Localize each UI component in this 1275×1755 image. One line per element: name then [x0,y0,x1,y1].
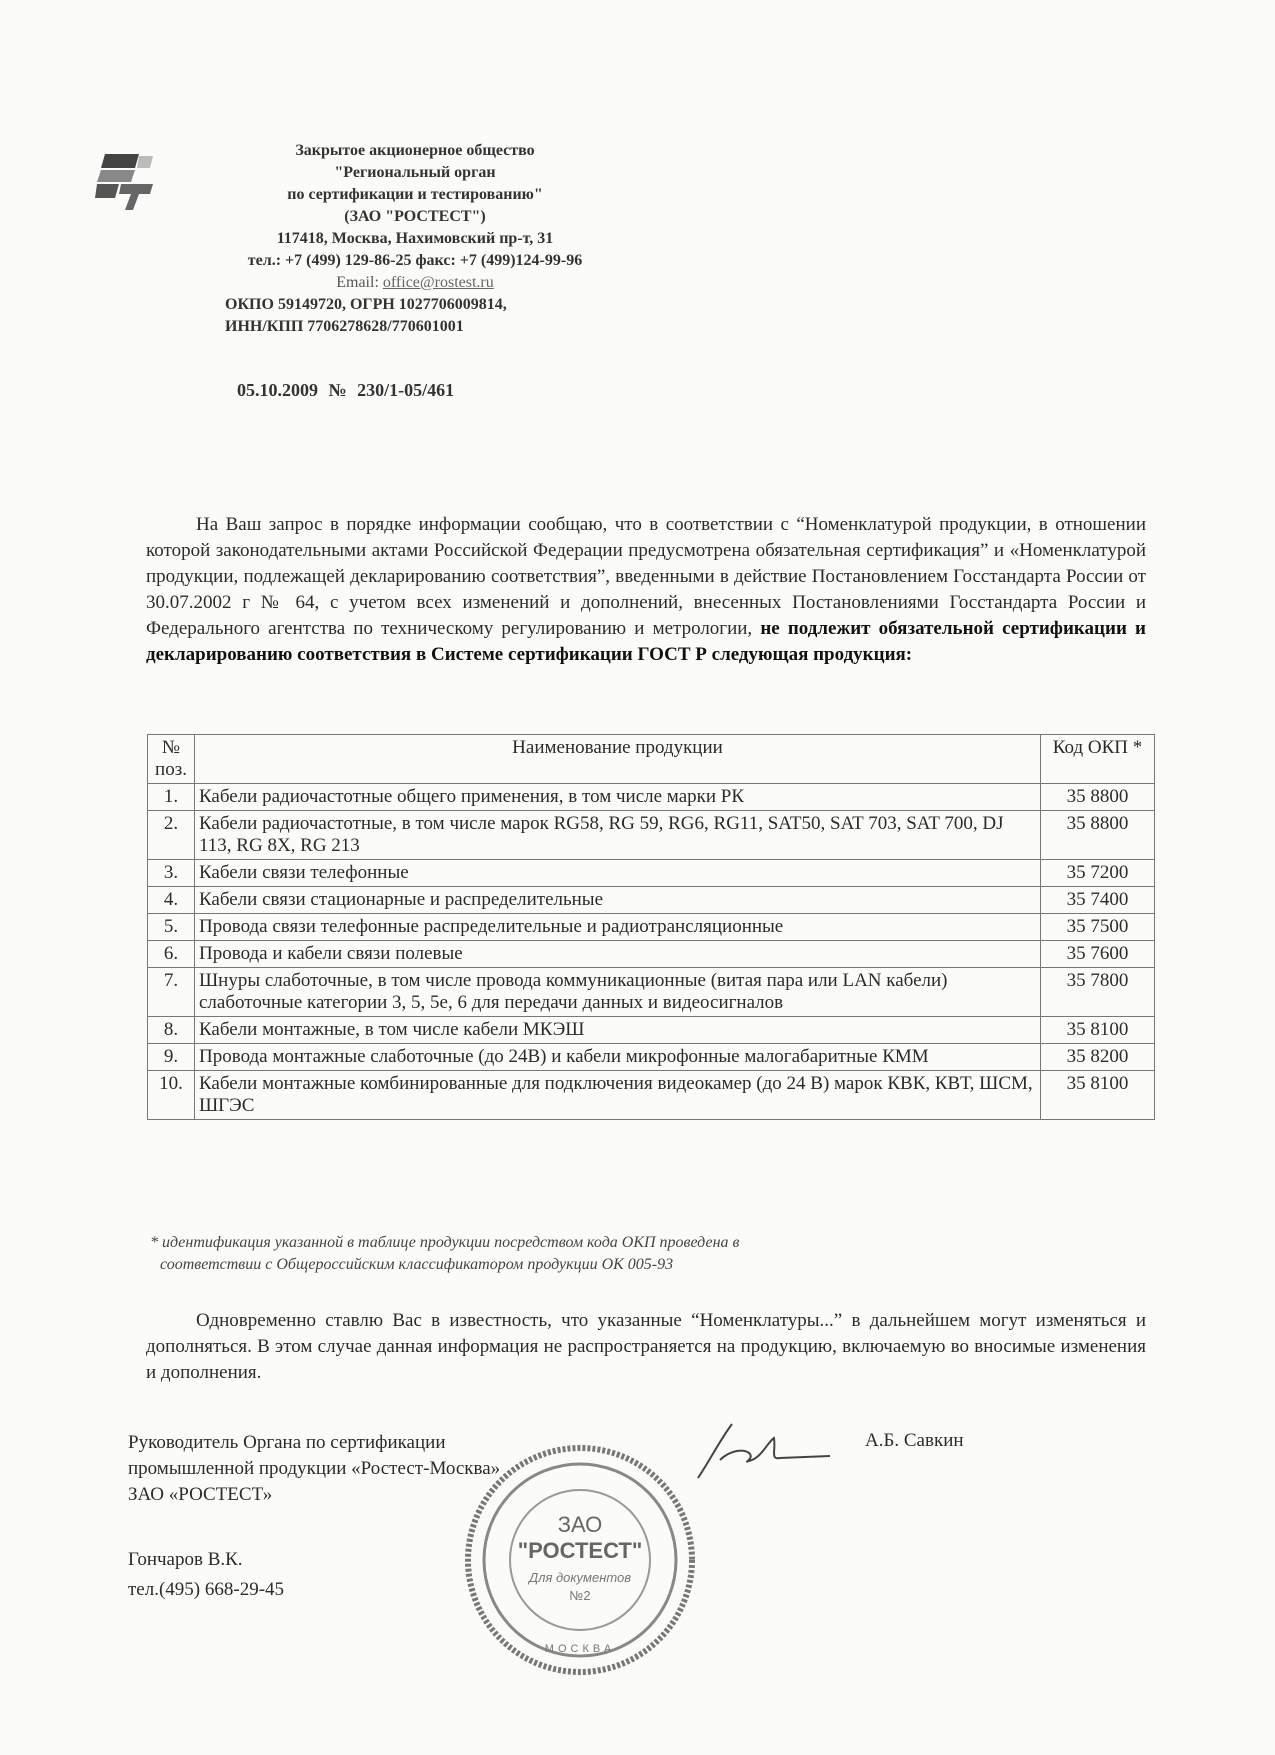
row-num: 7. [148,968,195,1017]
row-code: 35 8200 [1041,1044,1155,1071]
handwritten-signature-icon [690,1420,840,1480]
row-num: 6. [148,941,195,968]
row-num: 8. [148,1017,195,1044]
row-code: 35 8800 [1041,784,1155,811]
row-code: 35 7200 [1041,860,1155,887]
table-row: 7.Шнуры слаботочные, в том числе провода… [148,968,1155,1017]
org-line: (ЗАО "РОСТЕСТ") [180,206,650,228]
signer-name: А.Б. Савкин [865,1430,964,1452]
row-name: Шнуры слаботочные, в том числе провода к… [195,968,1041,1017]
products-table: № поз. Наименование продукции Код ОКП * … [147,734,1155,1120]
org-email-line: Email: office@rostest.ru [180,272,650,294]
header-name: Наименование продукции [195,735,1041,784]
org-line: Закрытое акционерное общество [180,140,650,162]
row-code: 35 7600 [1041,941,1155,968]
org-line: "Региональный орган [180,162,650,184]
row-code: 35 8100 [1041,1071,1155,1120]
row-code: 35 7500 [1041,914,1155,941]
footnote-line: * идентификация указанной в таблице прод… [150,1232,1050,1254]
footnote-line: соответствии с Общероссийским классифика… [150,1254,1050,1276]
stamp-bottom: МОСКВА [545,1643,615,1655]
contact-phone: тел.(495) 668-29-45 [128,1575,284,1605]
row-code: 35 7400 [1041,887,1155,914]
org-phone-fax: тел.: +7 (499) 129-86-25 факс: +7 (499)1… [180,250,650,272]
signature-title-line: ЗАО «РОСТЕСТ» [128,1482,500,1508]
org-inn: ИНН/КПП 7706278628/770601001 [180,316,650,338]
email-label: Email: [336,274,379,291]
table-row: 3.Кабели связи телефонные35 7200 [148,860,1155,887]
org-address: 117418, Москва, Нахимовский пр-т, 31 [180,228,650,250]
table-header-row: № поз. Наименование продукции Код ОКП * [148,735,1155,784]
row-name: Провода связи телефонные распределительн… [195,914,1041,941]
table-row: 2.Кабели радиочастотные, в том числе мар… [148,811,1155,860]
row-num: 2. [148,811,195,860]
row-name: Провода и кабели связи полевые [195,941,1041,968]
table-row: 5.Провода связи телефонные распределител… [148,914,1155,941]
row-num: 4. [148,887,195,914]
paragraph-notice: Одновременно ставлю Вас в известность, ч… [146,1308,1146,1386]
document-date: 05.10.2009 [237,380,318,400]
row-num: 3. [148,860,195,887]
stamp-line1: ЗАО [558,1512,603,1537]
row-name: Кабели связи телефонные [195,860,1041,887]
row-name: Кабели радиочастотные, в том числе марок… [195,811,1041,860]
number-sign: № [329,380,347,400]
table-row: 6.Провода и кабели связи полевые35 7600 [148,941,1155,968]
row-num: 1. [148,784,195,811]
table-row: 8.Кабели монтажные, в том числе кабели М… [148,1017,1155,1044]
row-num: 5. [148,914,195,941]
row-num: 10. [148,1071,195,1120]
row-name: Кабели радиочастотные общего применения,… [195,784,1041,811]
signature-title-line: промышленной продукции «Ростест-Москва» [128,1456,500,1482]
row-name: Кабели монтажные, в том числе кабели МКЭ… [195,1017,1041,1044]
stamp-line2: "РОСТЕСТ" [518,1538,643,1563]
row-name: Кабели монтажные комбинированные для под… [195,1071,1041,1120]
header-code: Код ОКП * [1041,735,1155,784]
stamp-line3: Для документов [527,1570,631,1585]
org-line: по сертификации и тестированию" [180,184,650,206]
contact-person: Гончаров В.К. тел.(495) 668-29-45 [128,1545,284,1605]
row-name: Кабели связи стационарные и распределите… [195,887,1041,914]
row-code: 35 8100 [1041,1017,1155,1044]
table-footnote: * идентификация указанной в таблице прод… [150,1232,1050,1276]
official-stamp-icon: ЗАО "РОСТЕСТ" Для документов №2 МОСКВА [460,1440,700,1680]
paragraph-intro: На Ваш запрос в порядке информации сообщ… [146,512,1146,668]
row-num: 9. [148,1044,195,1071]
table-row: 9.Провода монтажные слаботочные (до 24В)… [148,1044,1155,1071]
document-number: 230/1-05/461 [357,380,454,400]
signature-title: Руководитель Органа по сертификации пром… [128,1430,500,1508]
table-row: 1.Кабели радиочастотные общего применени… [148,784,1155,811]
email-link[interactable]: office@rostest.ru [383,274,494,291]
stamp-line4: №2 [569,1588,590,1603]
row-name: Провода монтажные слаботочные (до 24В) и… [195,1044,1041,1071]
organization-header: Закрытое акционерное общество "Региональ… [180,140,650,338]
org-okpo: ОКПО 59149720, ОГРН 1027706009814, [180,294,650,316]
signature-title-line: Руководитель Органа по сертификации [128,1430,500,1456]
rostest-logo-icon [95,148,160,210]
table-row: 4.Кабели связи стационарные и распредели… [148,887,1155,914]
row-code: 35 8800 [1041,811,1155,860]
document-reference: 05.10.2009 № 230/1-05/461 [237,380,454,401]
contact-name: Гончаров В.К. [128,1545,284,1575]
header-num: № поз. [148,735,195,784]
table-row: 10.Кабели монтажные комбинированные для … [148,1071,1155,1120]
row-code: 35 7800 [1041,968,1155,1017]
